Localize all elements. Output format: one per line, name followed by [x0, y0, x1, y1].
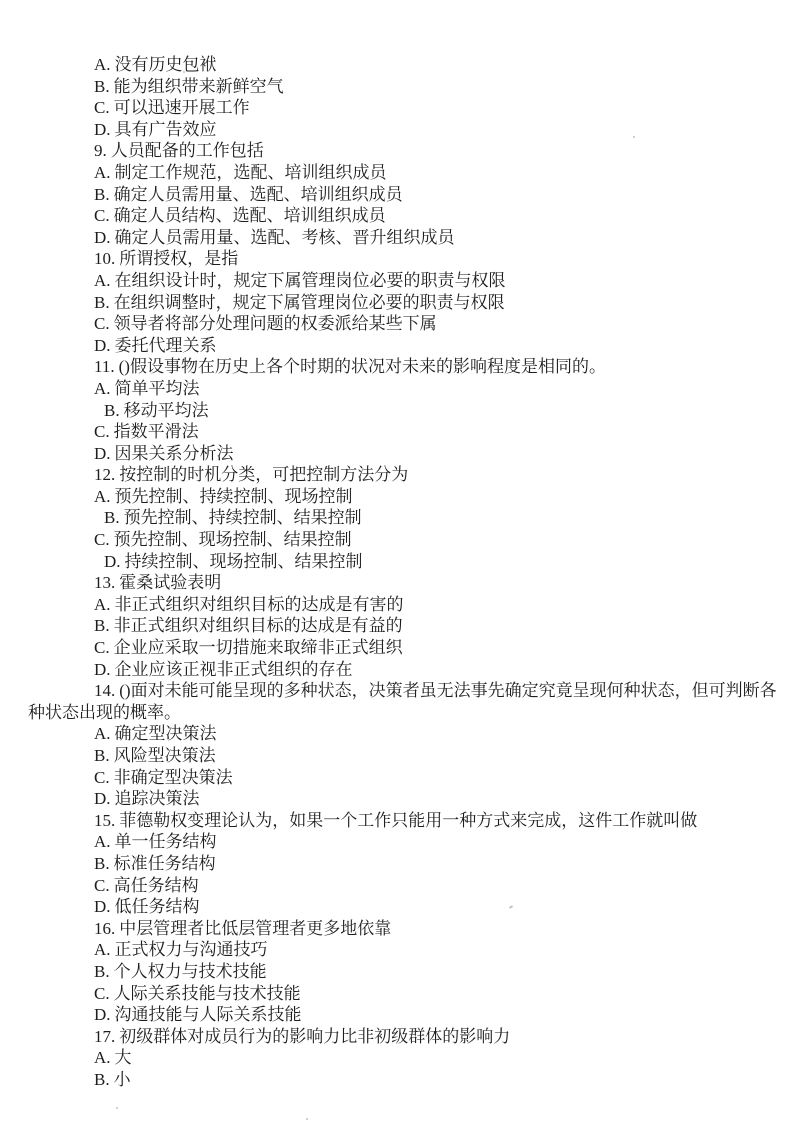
option-line-text: 预先控制、持续控制、结果控制	[124, 508, 362, 527]
option-line-label: D.	[94, 336, 111, 355]
option-line: A.在组织设计时，规定下属管理岗位必要的职责与权限	[28, 270, 784, 292]
question-line-text: 霍桑试验表明	[119, 573, 221, 592]
option-line-text: 大	[115, 1048, 132, 1067]
question-line-label: 15.	[94, 811, 115, 830]
question-line: 13.霍桑试验表明	[28, 572, 784, 594]
option-line: B.标准任务结构	[28, 853, 784, 875]
option-line: B.移动平均法	[28, 400, 784, 422]
option-line: A.正式权力与沟通技巧	[28, 939, 784, 961]
option-line-text: 可以迅速开展工作	[114, 98, 250, 117]
option-line-text: 简单平均法	[115, 379, 200, 398]
option-line: A.没有历史包袱	[28, 54, 784, 76]
option-line: C.指数平滑法	[28, 421, 784, 443]
option-line: C.确定人员结构、选配、培训组织成员	[28, 205, 784, 227]
option-line-text: 企业应采取一切措施来取缔非正式组织	[114, 638, 403, 657]
scanned-exam-page: A.没有历史包袱B.能为组织带来新鲜空气C.可以迅速开展工作D.具有广告效应9.…	[0, 0, 799, 1122]
option-line-text: 企业应该正视非正式组织的存在	[115, 660, 353, 679]
option-line-label: C.	[94, 876, 110, 895]
option-line: C.可以迅速开展工作	[28, 97, 784, 119]
option-line-text: 确定人员需用量、选配、考核、晋升组织成员	[115, 228, 455, 247]
option-line-text: 标准任务结构	[114, 854, 216, 873]
option-line-text: 非确定型决策法	[114, 768, 233, 787]
option-line-label: B.	[94, 962, 110, 981]
option-line: D.因果关系分析法	[28, 443, 784, 465]
option-line: D.企业应该正视非正式组织的存在	[28, 659, 784, 681]
option-line: B.个人权力与技术技能	[28, 961, 784, 983]
question-line-text: 人员配备的工作包括	[111, 141, 264, 160]
question-line-text: 初级群体对成员行为的影响力比非初级群体的影响力	[119, 1027, 510, 1046]
question-line-text: 按控制的时机分类，可把控制方法分为	[119, 465, 408, 484]
scan-speck	[306, 1118, 308, 1120]
option-line: B.预先控制、持续控制、结果控制	[28, 507, 784, 529]
option-line-label: C.	[94, 638, 110, 657]
option-line-text: 确定人员结构、选配、培训组织成员	[114, 206, 386, 225]
option-line-text: 持续控制、现场控制、结果控制	[125, 552, 363, 571]
option-line-label: A.	[94, 1048, 111, 1067]
option-line-label: D.	[94, 120, 111, 139]
option-line-label: B.	[94, 854, 110, 873]
option-line: A.大	[28, 1047, 784, 1069]
option-line-text: 人际关系技能与技术技能	[114, 984, 301, 1003]
document-text: A.没有历史包袱B.能为组织带来新鲜空气C.可以迅速开展工作D.具有广告效应9.…	[28, 54, 784, 1091]
question-line: 9.人员配备的工作包括	[28, 140, 784, 162]
option-line-label: D.	[94, 789, 111, 808]
question-line-label: 12.	[94, 465, 115, 484]
question-line-label: 16.	[94, 919, 115, 938]
option-line-label: C.	[94, 768, 110, 787]
option-line-text: 非正式组织对组织目标的达成是有害的	[115, 595, 404, 614]
option-line-text: 高任务结构	[114, 876, 199, 895]
option-line-label: D.	[94, 228, 111, 247]
question-line-text: ()面对未能可能呈现的多种状态，决策者虽无法事先确定究竟呈现何种状态，但可判断各…	[28, 681, 777, 722]
option-line-label: A.	[94, 487, 111, 506]
question-line-label: 11.	[94, 357, 115, 376]
option-line-label: C.	[94, 422, 110, 441]
option-line: C.人际关系技能与技术技能	[28, 983, 784, 1005]
option-line-label: C.	[94, 314, 110, 333]
option-line: C.高任务结构	[28, 875, 784, 897]
option-line: A.简单平均法	[28, 378, 784, 400]
question-line: 10.所谓授权，是指	[28, 248, 784, 270]
option-line-text: 追踪决策法	[115, 789, 200, 808]
option-line-label: A.	[94, 940, 111, 959]
option-line-label: B.	[94, 185, 110, 204]
option-line-text: 因果关系分析法	[115, 444, 234, 463]
option-line-label: C.	[94, 984, 110, 1003]
option-line: A.预先控制、持续控制、现场控制	[28, 486, 784, 508]
option-line-text: 小	[114, 1070, 131, 1089]
question-line: 15.菲德勒权变理论认为，如果一个工作只能用一种方式来完成，这件工作就叫做	[28, 810, 784, 832]
option-line-text: 预先控制、持续控制、现场控制	[115, 487, 353, 506]
option-line-label: D.	[94, 660, 111, 679]
option-line-text: 正式权力与沟通技巧	[115, 940, 268, 959]
option-line: A.单一任务结构	[28, 831, 784, 853]
option-line: D.确定人员需用量、选配、考核、晋升组织成员	[28, 227, 784, 249]
option-line-text: 制定工作规范，选配、培训组织成员	[115, 163, 387, 182]
question-line: 14.()面对未能可能呈现的多种状态，决策者虽无法事先确定究竟呈现何种状态，但可…	[28, 680, 784, 723]
option-line: D.沟通技能与人际关系技能	[28, 1004, 784, 1026]
option-line: B.非正式组织对组织目标的达成是有益的	[28, 615, 784, 637]
option-line-label: A.	[94, 832, 111, 851]
option-line: B.在组织调整时，规定下属管理岗位必要的职责与权限	[28, 292, 784, 314]
option-line-text: 指数平滑法	[114, 422, 199, 441]
question-line-text: 中层管理者比低层管理者更多地依靠	[119, 919, 391, 938]
option-line-label: D.	[94, 1005, 111, 1024]
option-line: A.确定型决策法	[28, 723, 784, 745]
option-line-label: D.	[94, 444, 111, 463]
option-line-label: B.	[94, 1070, 110, 1089]
option-line-text: 在组织设计时，规定下属管理岗位必要的职责与权限	[115, 271, 506, 290]
question-line: 11.()假设事物在历史上各个时期的状况对未来的影响程度是相同的。	[28, 356, 784, 378]
question-line: 17.初级群体对成员行为的影响力比非初级群体的影响力	[28, 1026, 784, 1048]
option-line-text: 低任务结构	[115, 897, 200, 916]
option-line-label: C.	[94, 206, 110, 225]
option-line: D.具有广告效应	[28, 119, 784, 141]
option-line-text: 移动平均法	[124, 401, 209, 420]
option-line: B.能为组织带来新鲜空气	[28, 76, 784, 98]
option-line-text: 风险型决策法	[114, 746, 216, 765]
option-line: C.预先控制、现场控制、结果控制	[28, 529, 784, 551]
option-line-text: 确定型决策法	[115, 724, 217, 743]
option-line-text: 单一任务结构	[115, 832, 217, 851]
question-line: 12.按控制的时机分类，可把控制方法分为	[28, 464, 784, 486]
option-line-text: 委托代理关系	[115, 336, 217, 355]
question-line-label: 9.	[94, 141, 107, 160]
question-line-label: 17.	[94, 1027, 115, 1046]
option-line-label: A.	[94, 55, 111, 74]
option-line-label: B.	[94, 293, 110, 312]
option-line: C.领导者将部分处理问题的权委派给某些下属	[28, 313, 784, 335]
option-line-text: 个人权力与技术技能	[114, 962, 267, 981]
question-line-text: ()假设事物在历史上各个时期的状况对未来的影响程度是相同的。	[119, 357, 606, 376]
option-line-text: 预先控制、现场控制、结果控制	[114, 530, 352, 549]
option-line-label: A.	[94, 271, 111, 290]
option-line: D.追踪决策法	[28, 788, 784, 810]
question-line-label: 10.	[94, 249, 115, 268]
option-line-label: B.	[104, 508, 120, 527]
option-line-label: B.	[104, 401, 120, 420]
option-line-text: 在组织调整时，规定下属管理岗位必要的职责与权限	[114, 293, 505, 312]
option-line: D.委托代理关系	[28, 335, 784, 357]
option-line: B.风险型决策法	[28, 745, 784, 767]
option-line-label: D.	[94, 897, 111, 916]
option-line-label: A.	[94, 379, 111, 398]
scan-speck	[633, 136, 635, 138]
option-line: D.持续控制、现场控制、结果控制	[28, 551, 784, 573]
option-line-text: 能为组织带来新鲜空气	[114, 77, 284, 96]
option-line-text: 没有历史包袱	[115, 55, 217, 74]
question-line-label: 14.	[94, 681, 115, 700]
option-line-text: 领导者将部分处理问题的权委派给某些下属	[114, 314, 437, 333]
question-line-text: 菲德勒权变理论认为，如果一个工作只能用一种方式来完成，这件工作就叫做	[119, 811, 697, 830]
option-line-label: B.	[94, 746, 110, 765]
option-line-label: A.	[94, 595, 111, 614]
question-line-text: 所谓授权，是指	[119, 249, 238, 268]
option-line: C.非确定型决策法	[28, 767, 784, 789]
option-line: D.低任务结构	[28, 896, 784, 918]
option-line-label: C.	[94, 98, 110, 117]
option-line-text: 沟通技能与人际关系技能	[115, 1005, 302, 1024]
option-line-text: 具有广告效应	[115, 120, 217, 139]
option-line: A.制定工作规范，选配、培训组织成员	[28, 162, 784, 184]
scan-speck	[183, 71, 185, 73]
option-line-label: B.	[94, 77, 110, 96]
option-line-label: D.	[104, 552, 121, 571]
option-line-label: A.	[94, 724, 111, 743]
option-line-text: 确定人员需用量、选配、培训组织成员	[114, 185, 403, 204]
option-line-label: A.	[94, 163, 111, 182]
option-line-text: 非正式组织对组织目标的达成是有益的	[114, 616, 403, 635]
option-line: C.企业应采取一切措施来取缔非正式组织	[28, 637, 784, 659]
option-line: B.小	[28, 1069, 784, 1091]
question-line: 16.中层管理者比低层管理者更多地依靠	[28, 918, 784, 940]
option-line-label: C.	[94, 530, 110, 549]
option-line: A.非正式组织对组织目标的达成是有害的	[28, 594, 784, 616]
question-line-label: 13.	[94, 573, 115, 592]
scan-speck	[116, 1107, 118, 1109]
option-line: B.确定人员需用量、选配、培训组织成员	[28, 184, 784, 206]
option-line-label: B.	[94, 616, 110, 635]
